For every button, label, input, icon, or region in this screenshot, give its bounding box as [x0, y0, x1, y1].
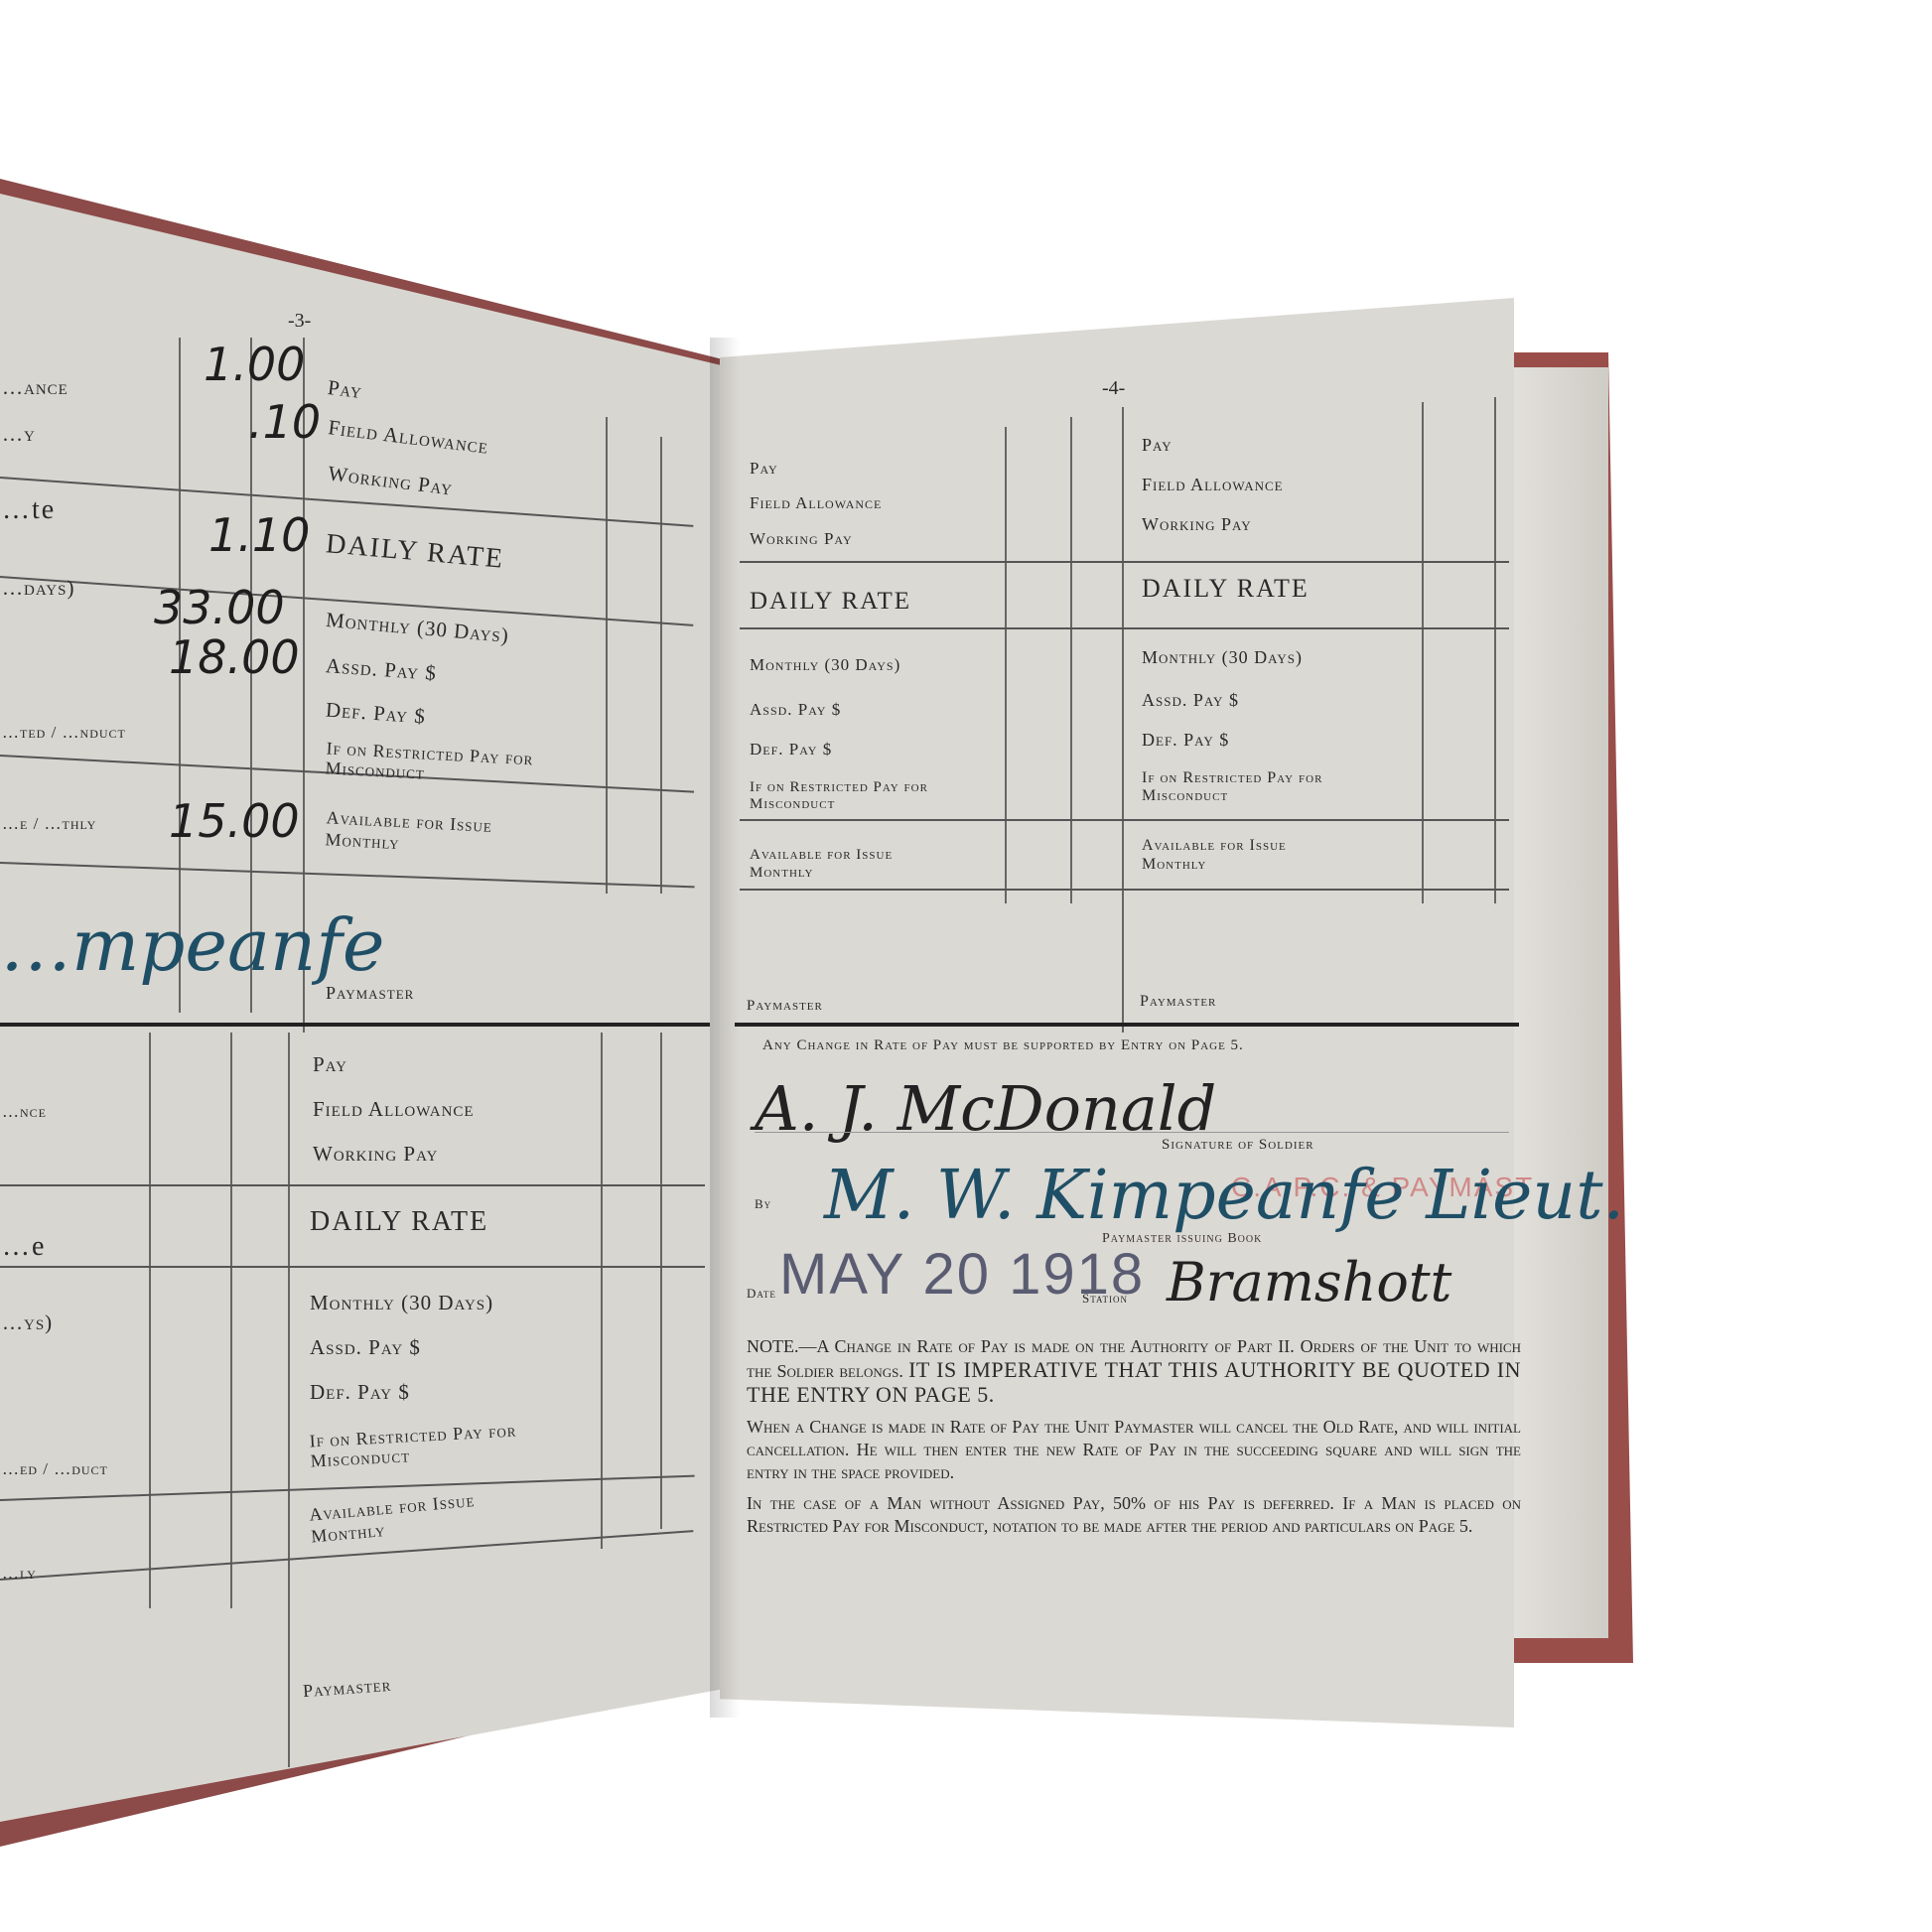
label-daily-rate: DAILY RATE [1142, 574, 1310, 604]
label-working-pay: Working Pay [1142, 514, 1252, 535]
label-monthly: Monthly (30 Days) [1142, 647, 1303, 668]
signature-line [755, 1132, 1509, 1133]
paymaster-signature-left: …mpeanfe [0, 903, 385, 987]
section-divider [0, 1023, 710, 1027]
grid-line [1494, 397, 1496, 903]
soldier-signature: A. J. McDonald [755, 1072, 1216, 1145]
label-pay: Pay [1142, 435, 1173, 456]
page-number-right: -4- [1102, 377, 1125, 400]
label-monthly: Monthly (30 Days) [750, 655, 900, 675]
label-daily-rate: DAILY RATE [310, 1206, 488, 1238]
grid-line [740, 627, 1509, 629]
section-divider [735, 1023, 1519, 1027]
cutoff-label: …ted / …nduct [2, 723, 126, 743]
grid-line [660, 1033, 662, 1529]
label-assigned-pay: Assd. Pay $ [310, 1335, 421, 1360]
label-available-monthly: Available for Issue Monthly [750, 846, 938, 882]
grid-line [0, 1266, 705, 1268]
grid-line [149, 1033, 151, 1608]
grid-line [1122, 407, 1124, 1033]
label-field-allowance: Field Allowance [750, 493, 882, 513]
value-available-monthly: 15.00 [169, 794, 300, 848]
change-notice: Any Change in Rate of Pay must be suppor… [762, 1037, 1244, 1054]
grid-line [660, 437, 662, 894]
cutoff-label: …te [2, 494, 56, 526]
cutoff-label: …ly [2, 1564, 37, 1584]
label-assigned-pay: Assd. Pay $ [1142, 690, 1239, 711]
label-pay: Pay [750, 459, 778, 479]
cutoff-label: …ed / …duct [2, 1459, 108, 1479]
label-restricted-pay: If on Restricted Pay for Misconduct [750, 779, 958, 813]
label-working-pay: Working Pay [313, 1142, 438, 1167]
cutoff-label: …y [2, 422, 36, 447]
date-label: Date [747, 1286, 776, 1302]
paymaster-signature: M. W. Kimpeanfe Lieut. [824, 1157, 1624, 1235]
note-paragraph-3: In the case of a Man without Assigned Pa… [747, 1492, 1521, 1538]
label-assigned-pay: Assd. Pay $ [750, 700, 841, 720]
page-number-left: -3- [288, 310, 311, 333]
cutoff-label: …ance [2, 375, 69, 400]
label-restricted-pay: If on Restricted Pay for Misconduct [1142, 769, 1370, 805]
label-pay: Pay [313, 1052, 347, 1077]
label-paymaster: Paymaster [1140, 993, 1216, 1011]
note-block: NOTE.—A Change in Rate of Pay is made on… [747, 1335, 1521, 1546]
station-label: Station [1082, 1291, 1128, 1307]
grid-line [288, 1033, 290, 1767]
grid-line [0, 1184, 705, 1186]
label-monthly: Monthly (30 Days) [310, 1291, 493, 1315]
label-available-monthly: Available for Issue Monthly [1142, 836, 1350, 874]
page-edges [1514, 367, 1608, 1638]
label-field-allowance: Field Allowance [313, 1097, 475, 1122]
value-assigned-pay: 18.00 [169, 630, 300, 684]
label-daily-rate: DAILY RATE [750, 588, 911, 616]
grid-line [740, 819, 1509, 821]
cutoff-label: …e [2, 1231, 46, 1263]
grid-line [601, 1033, 603, 1549]
grid-line [606, 417, 608, 894]
grid-line [740, 889, 1509, 891]
spine-shadow [710, 338, 740, 1718]
station-value: Bramshott [1167, 1251, 1451, 1313]
label-deferred-pay: Def. Pay $ [310, 1380, 410, 1405]
grid-line [230, 1033, 232, 1608]
cutoff-label: …ys) [2, 1311, 53, 1335]
label-working-pay: Working Pay [750, 529, 853, 549]
label-deferred-pay: Def. Pay $ [1142, 730, 1229, 751]
grid-line [1422, 402, 1424, 903]
cutoff-label: …nce [2, 1102, 47, 1122]
grid-line [740, 561, 1509, 563]
note-paragraph-2: When a Change is made in Rate of Pay the… [747, 1416, 1521, 1484]
label-field-allowance: Field Allowance [1142, 475, 1284, 495]
note-paragraph-1: NOTE.—A Change in Rate of Pay is made on… [747, 1335, 1521, 1408]
grid-line [1005, 427, 1007, 903]
label-paymaster: Paymaster [747, 998, 823, 1015]
label-deferred-pay: Def. Pay $ [750, 740, 832, 759]
by-label: By [755, 1196, 771, 1212]
label-pay: Pay [327, 375, 364, 404]
cutoff-label: …e / …thly [2, 814, 96, 834]
value-field-allowance: .10 [248, 395, 321, 449]
value-daily-rate: 1.10 [208, 508, 310, 562]
value-pay: 1.00 [204, 338, 305, 391]
value-monthly: 33.00 [154, 581, 285, 634]
soldier-signature-label: Signature of Soldier [1162, 1137, 1314, 1154]
cutoff-label: …days) [2, 576, 74, 601]
grid-line [1070, 417, 1072, 903]
